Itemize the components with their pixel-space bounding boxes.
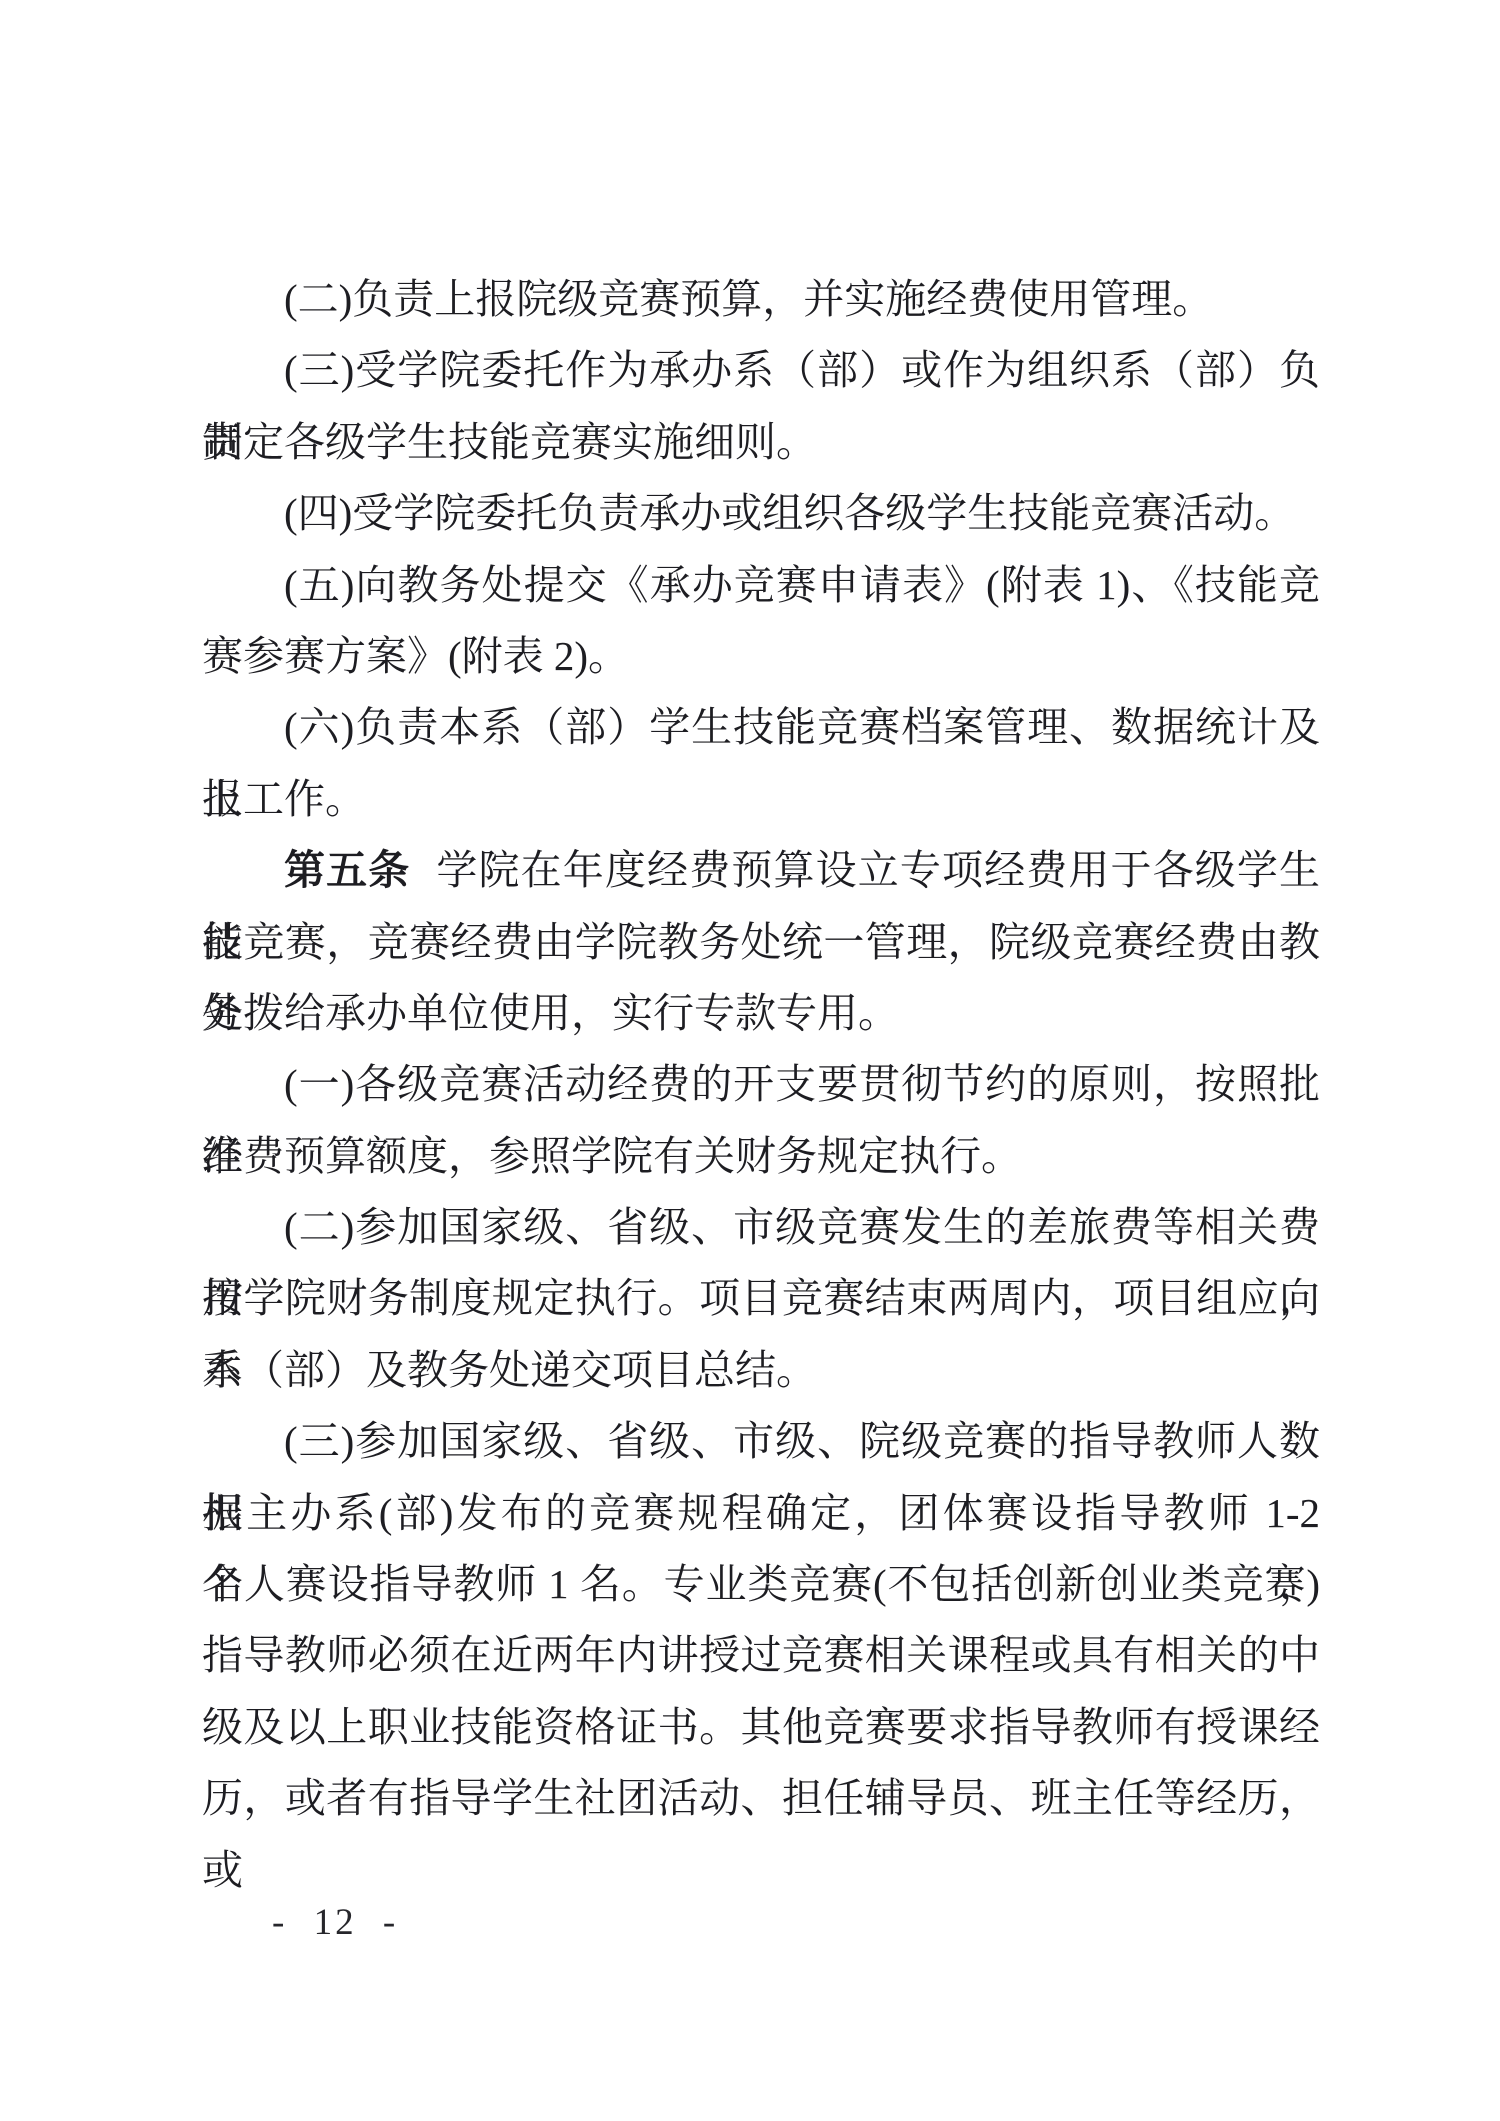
text-line: 处拨给承办单位使用，实行专款专用。: [202, 978, 1320, 1049]
text-line: 经费预算额度，参照学院有关财务规定执行。: [202, 1121, 1320, 1192]
document-page: (二)负责上报院级竞赛预算，并实施经费使用管理。(三)受学院委托作为承办系（部）…: [0, 0, 1500, 2121]
article-number: 第五条: [284, 847, 410, 893]
text-line: 第五条学院在年度经费预算设立专项经费用于各级学生技: [202, 835, 1320, 906]
text-line: 历，或者有指导学生社团活动、担任辅导员、班主任等经历，或: [202, 1763, 1320, 1834]
text-line: (三)参加国家级、省级、市级、院级竞赛的指导教师人数根: [202, 1406, 1320, 1477]
text-line: (一)各级竞赛活动经费的开支要贯彻节约的原则，按照批准: [202, 1049, 1320, 1120]
text-line: 按学院财务制度规定执行。项目竞赛结束两周内，项目组应向本: [202, 1263, 1320, 1334]
document-body: (二)负责上报院级竞赛预算，并实施经费使用管理。(三)受学院委托作为承办系（部）…: [202, 264, 1320, 1835]
text-line: 报工作。: [202, 764, 1320, 835]
text-line: (二)参加国家级、省级、市级竞赛发生的差旅费等相关费用，: [202, 1192, 1320, 1263]
text-line: 能竞赛，竞赛经费由学院教务处统一管理，院级竞赛经费由教务: [202, 907, 1320, 978]
page-number: - 12 -: [272, 1893, 398, 1953]
text-line: 个人赛设指导教师 1 名。专业类竞赛(不包括创新创业类竞赛): [202, 1549, 1320, 1620]
text-line: 级及以上职业技能资格证书。其他竞赛要求指导教师有授课经: [202, 1692, 1320, 1763]
text-line: 制定各级学生技能竞赛实施细则。: [202, 407, 1320, 478]
text-line: 指导教师必须在近两年内讲授过竞赛相关课程或具有相关的中: [202, 1620, 1320, 1691]
text-line: 据主办系(部)发布的竞赛规程确定，团体赛设指导教师 1-2 名，: [202, 1478, 1320, 1549]
text-line: (二)负责上报院级竞赛预算，并实施经费使用管理。: [202, 264, 1320, 335]
text-line: (三)受学院委托作为承办系（部）或作为组织系（部）负责: [202, 335, 1320, 406]
text-line: (五)向教务处提交《承办竞赛申请表》(附表 1)、《技能竞: [202, 550, 1320, 621]
text-line: 系（部）及教务处递交项目总结。: [202, 1335, 1320, 1406]
text-line: (六)负责本系（部）学生技能竞赛档案管理、数据统计及上: [202, 692, 1320, 763]
text-line: 赛参赛方案》(附表 2)。: [202, 621, 1320, 692]
text-line: (四)受学院委托负责承办或组织各级学生技能竞赛活动。: [202, 478, 1320, 549]
